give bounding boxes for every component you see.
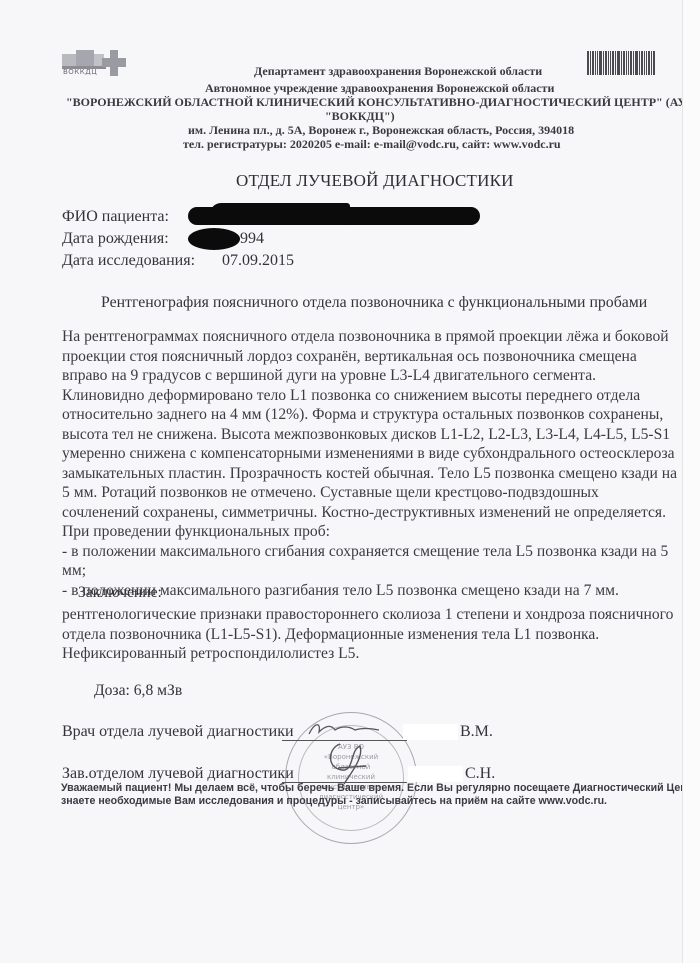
exam-date-label: Дата исследования:	[62, 252, 195, 270]
barcode	[587, 51, 664, 75]
doctor-role: Врач отдела лучевой диагностики	[62, 723, 294, 741]
findings-line: При проведении функциональных проб:	[62, 522, 682, 542]
name-redaction	[408, 766, 463, 782]
institution-name-line1: "ВОРОНЕЖСКИЙ ОБЛАСТНОЙ КЛИНИЧЕСКИЙ КОНСУ…	[66, 95, 700, 110]
findings-line: сочленений сохранены, симметричны. Костн…	[62, 503, 682, 523]
scan-background-edge	[682, 0, 700, 963]
patient-name-redaction-part	[210, 203, 350, 225]
logo-text: ВОККДЦ	[63, 68, 97, 76]
findings-line: умеренно снижена с компенсаторными измен…	[62, 444, 682, 464]
conclusion-line: рентгенологические признаки правосторонн…	[62, 605, 682, 625]
patient-name-label: ФИО пациента:	[62, 208, 169, 226]
institution-address: им. Ленина пл., д. 5А, Воронеж г., Ворон…	[188, 123, 574, 138]
findings-line: Клиновидно деформировано тело L1 позвонк…	[62, 386, 682, 406]
head-initials: С.Н.	[465, 765, 495, 783]
birth-date-visible: 994	[240, 230, 264, 248]
head-role: Зав.отделом лучевой диагностики	[62, 765, 294, 783]
section-title: ОТДЕЛ ЛУЧЕВОЙ ДИАГНОСТИКИ	[236, 171, 514, 191]
conclusion-label: Заключение:	[78, 584, 162, 602]
findings-line: проекции стоя поясничный лордоз сохранён…	[62, 347, 682, 367]
findings-line: вправо на 9 градусов с вершиной дуги на …	[62, 366, 682, 386]
study-title: Рентгенография поясничного отдела позвон…	[101, 294, 647, 312]
conclusion-line: отдела позвоночника (L1-L5-S1). Деформац…	[62, 625, 682, 645]
findings-line: относительно заднего на 4 мм (12%). Форм…	[62, 405, 682, 425]
findings-line: На рентгенограммах поясничного отдела по…	[62, 327, 682, 347]
conclusion-text: рентгенологические признаки правосторонн…	[62, 605, 682, 664]
signature-icon	[305, 718, 385, 740]
findings-line: 5 мм. Ротаций позвонков не отмечено. Сус…	[62, 483, 682, 503]
findings-line: замыкательных пластин. Прозрачность кост…	[62, 464, 682, 484]
patient-notice-line2: знаете необходимые Вам исследования и пр…	[61, 795, 607, 807]
findings-line: высота тел не снижена. Высота межпозвонк…	[62, 425, 682, 445]
conclusion-line: Нефиксированный ретроспондилолистез L5.	[62, 644, 682, 664]
birth-date-label: Дата рождения:	[62, 230, 169, 248]
exam-date-value: 07.09.2015	[222, 252, 294, 270]
patient-notice-line1: Уважаемый пациент! Мы делаем всё, чтобы …	[61, 782, 700, 794]
institution-contacts: тел. регистратуры: 2020205 e-mail: e-mai…	[183, 137, 561, 152]
scanned-page: ВОККДЦ Департамент здравоохранения Ворон…	[0, 0, 682, 963]
doctor-initials: В.М.	[460, 723, 493, 741]
name-redaction	[403, 724, 458, 740]
findings-line: - в положении максимального сгибания сох…	[62, 542, 682, 562]
department-name: Департамент здравоохранения Воронежской …	[254, 64, 542, 79]
findings-text: На рентгенограммах поясничного отдела по…	[62, 327, 682, 600]
findings-line: мм;	[62, 561, 682, 581]
radiation-dose: Доза: 6,8 мЗв	[94, 682, 182, 700]
signature-icon	[320, 738, 380, 788]
birth-date-redaction	[188, 228, 240, 250]
institution-type: Автономное учреждение здравоохранения Во…	[205, 81, 554, 96]
institution-name-line2: "ВОККДЦ")	[325, 109, 395, 124]
